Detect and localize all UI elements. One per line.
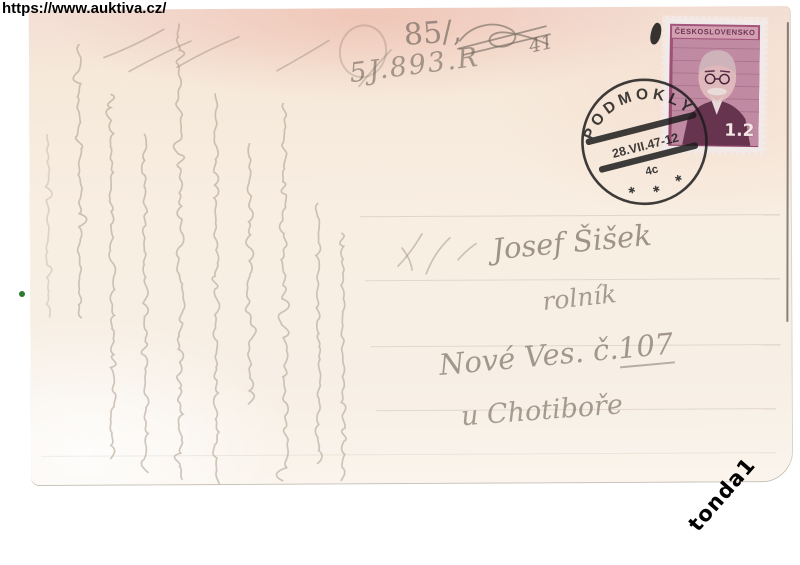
postmark-star: ✱ bbox=[651, 184, 661, 196]
postcard-back: 85/, 5J.893.R 41 Josef Šišek rolník Nové… bbox=[29, 6, 792, 485]
handwriting-line bbox=[45, 135, 52, 317]
handwriting-line bbox=[275, 104, 291, 481]
address-house-number: 107 bbox=[617, 326, 676, 368]
stamp-country-label: ČESKOSLOVENSKO bbox=[672, 26, 758, 39]
pencil-stroke bbox=[458, 244, 476, 260]
pencil-stroke bbox=[277, 40, 329, 70]
green-dot-marker bbox=[19, 291, 25, 297]
postmark-star: ✱ bbox=[673, 173, 683, 185]
pencil-stroke bbox=[177, 37, 239, 67]
handwriting-line bbox=[211, 94, 220, 484]
handwriting-line bbox=[106, 95, 116, 459]
scan-viewer: 85/, 5J.893.R 41 Josef Šišek rolník Nové… bbox=[0, 0, 800, 565]
handwriting-line bbox=[73, 45, 87, 318]
handwriting-line bbox=[172, 24, 187, 479]
pencil-stroke bbox=[426, 238, 450, 274]
postmark-code: 4c bbox=[644, 163, 660, 178]
postmark: PODMOKLY 28.VII.47-12 4c ✱ ✱ ✱ bbox=[559, 56, 730, 227]
source-url-label: https://www.auktiva.cz/ bbox=[2, 0, 166, 17]
handwriting-line bbox=[140, 134, 149, 472]
handwriting-line bbox=[314, 203, 322, 463]
postmark-star: ✱ bbox=[627, 185, 637, 197]
handwriting-line bbox=[245, 144, 257, 404]
handwriting-line bbox=[340, 233, 346, 480]
pencil-stroke bbox=[104, 29, 164, 57]
